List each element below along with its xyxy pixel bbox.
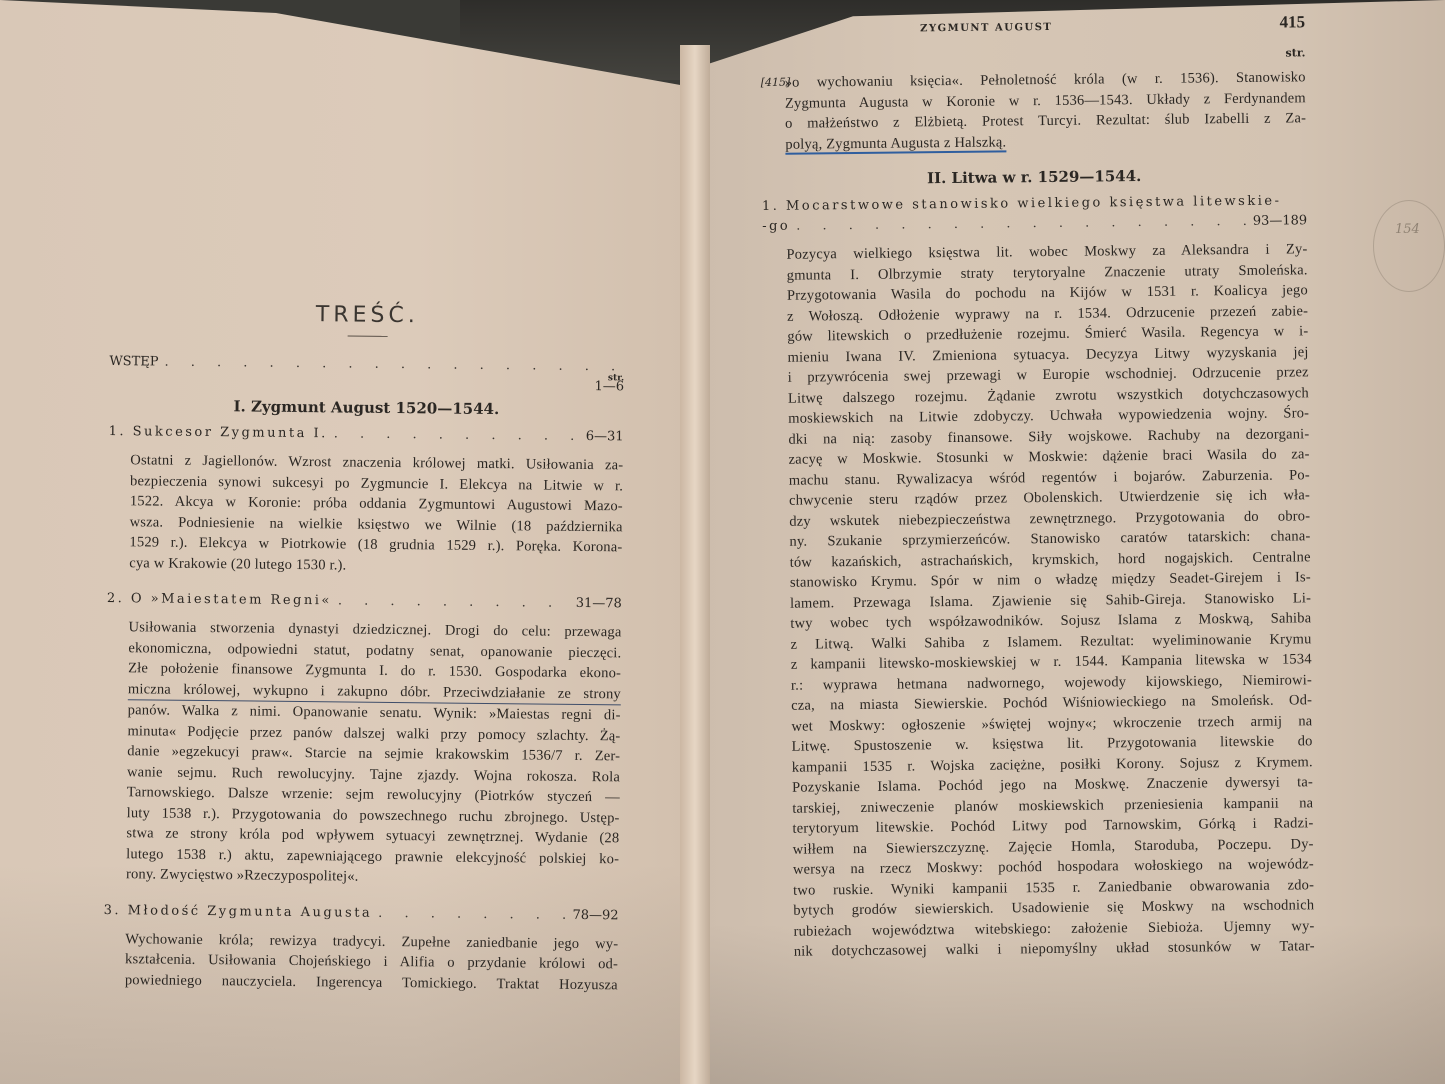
pencil-margin-note: 154 [1395, 222, 1420, 237]
toc-chapter-row: 1. Sukcesor Zygmunta I. 6—31 [109, 422, 624, 447]
dot-leader [796, 212, 1247, 237]
toc-page-range: 1—6 [594, 377, 624, 397]
toc-page-range: 6—31 [586, 427, 624, 447]
page-number: 415 [1279, 12, 1305, 32]
chapter-summary: Ostatni z Jagiellonów. Wzrost znaczenia … [129, 450, 623, 578]
str-column-label: str. [760, 46, 1305, 65]
dot-leader [338, 591, 570, 613]
right-page-content: ZYGMUNT AUGUST 415 [415] str. »o wychowa… [760, 12, 1315, 978]
dot-leader [378, 903, 566, 925]
toc-entry-label: WSTĘP [109, 352, 158, 373]
chapter-summary: Pozycya wielkiego księstwa lit. wobec Mo… [786, 239, 1314, 962]
running-header: ZYGMUNT AUGUST 415 [760, 12, 1305, 38]
left-page-content: TREŚĆ. WSTĘP str. 1—6 I. Zygmunt August … [103, 300, 625, 1011]
toc-chapter-row-cont: -go 93—189 [762, 211, 1307, 237]
chapter-summary: Wychowanie króla; rewizya tradycyi. Zupe… [125, 929, 619, 996]
book-gutter [680, 45, 710, 1084]
toc-page-range: 93—189 [1253, 211, 1308, 232]
toc-page-range: 31—78 [576, 594, 622, 614]
part-heading: I. Zygmunt August 1520—1544. [109, 396, 624, 419]
page-title: TREŚĆ. [110, 300, 625, 330]
chapter-title: 3. Młodość Zygmunta Augusta [104, 900, 373, 923]
dot-leader [334, 424, 580, 447]
running-title: ZYGMUNT AUGUST [920, 22, 1052, 34]
toc-chapter-row: 2. O »Maiestatem Regni« 31—78 [107, 589, 622, 614]
summary-line: nik dotychczasowej walki i niepomyślny u… [794, 936, 1315, 962]
title-divider [347, 335, 387, 336]
bracket-page-number: [415] [761, 76, 791, 89]
chapter-title: 1. Sukcesor Zygmunta I. [109, 422, 328, 444]
continued-summary: »o wychowaniu księcia«. Pełnoletność kró… [785, 67, 1307, 154]
chapter-title: 2. O »Maiestatem Regni« [107, 589, 332, 611]
toc-chapter-row: 3. Młodość Zygmunta Augusta 78—92 [104, 900, 619, 925]
pencil-margin-circle [1373, 200, 1445, 292]
toc-page-range: 78—92 [572, 905, 618, 925]
part-heading: II. Litwa w r. 1529—1544. [762, 165, 1307, 189]
chapter-title-cont: -go [762, 217, 790, 237]
chapter-summary: Usiłowania stworzenia dynastyi dziedzicz… [126, 617, 622, 890]
